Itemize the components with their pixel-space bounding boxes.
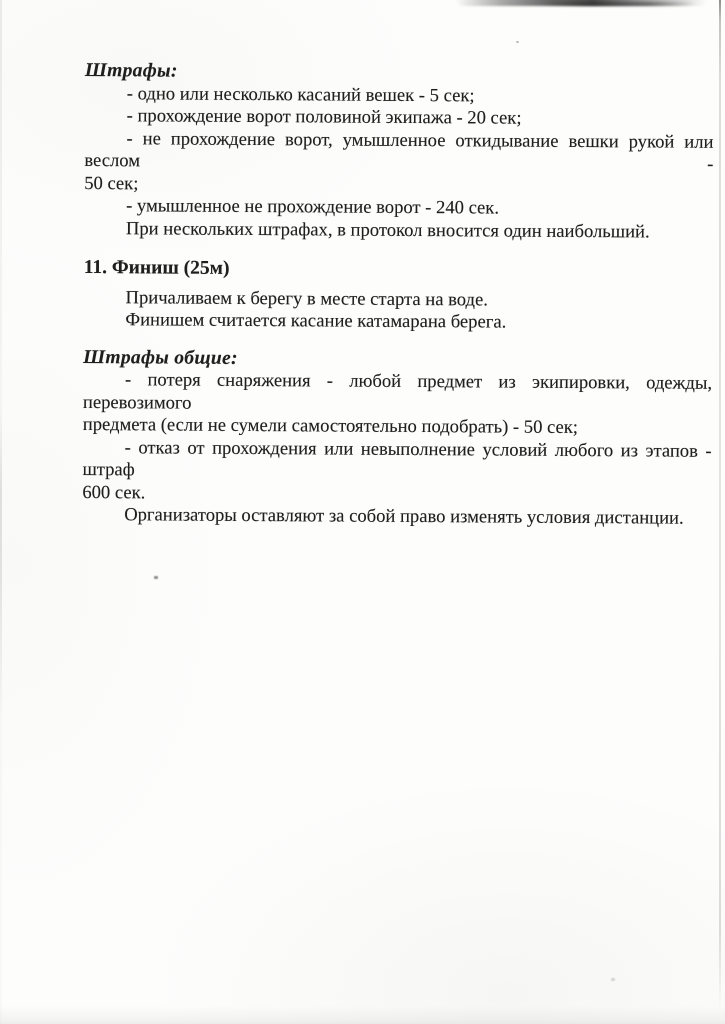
penalty-line: - умышленное не прохождение ворот - 240 … bbox=[84, 195, 713, 221]
scan-edge-line-left bbox=[0, 0, 2, 1024]
finish-line: Финишем считается касание катамарана бер… bbox=[83, 309, 712, 335]
penalty-line: - не прохождение ворот, умышленное откид… bbox=[84, 127, 713, 176]
penalty-line: - прохождение ворот половиной экипажа - … bbox=[85, 105, 714, 131]
section-heading-finish: 11. Финиш (25м) bbox=[84, 257, 713, 283]
general-penalty-line: - потеря снаряжения - любой предмет из э… bbox=[83, 369, 712, 418]
scanned-document-page: Штрафы: - одно или несколько касаний веш… bbox=[0, 0, 725, 1024]
scan-bottom-shading bbox=[0, 1006, 725, 1024]
document-text-block: Штрафы: - одно или несколько касаний веш… bbox=[82, 60, 714, 530]
penalty-note: При нескольких штрафах, в протокол вноси… bbox=[84, 217, 713, 243]
scan-speck bbox=[516, 41, 519, 43]
organizers-note: Организаторы оставляют за собой право из… bbox=[82, 504, 711, 530]
scan-speck bbox=[611, 978, 615, 981]
scan-edge-line-right bbox=[719, 0, 721, 1012]
general-penalty-line: - отказ от прохождения или невыполнение … bbox=[82, 436, 711, 485]
scan-smudge-top-edge-dark bbox=[545, 2, 695, 6]
general-penalty-line-continuation: предмета (если не сумели самостоятельно … bbox=[83, 414, 712, 440]
scan-speck bbox=[154, 576, 158, 579]
